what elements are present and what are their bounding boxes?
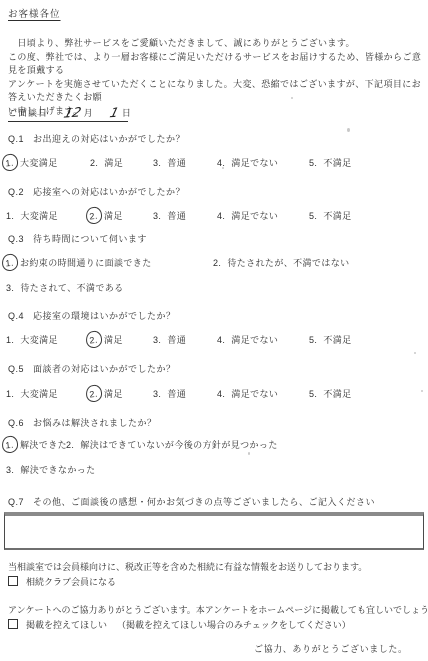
option-label: 満足 — [104, 211, 123, 221]
answer-option[interactable]: 4.満足でない — [217, 209, 309, 222]
answer-option[interactable]: 3.普通 — [153, 209, 217, 222]
join-club-checkbox-label: 相続クラブ会員になる — [26, 577, 116, 587]
option-number: 3. — [153, 158, 161, 168]
option-label: 待たされて、不満である — [20, 283, 123, 293]
question-number: Q.1 — [8, 134, 24, 144]
answer-option[interactable]: 2.満足 — [90, 209, 153, 222]
option-label: 不満足 — [323, 211, 351, 221]
question-number: Q.2 — [8, 187, 24, 197]
question-2-options: 1.大変満足2.満足3.普通4.満足でない5.不満足 — [6, 209, 352, 222]
month-suffix: 月 — [84, 108, 93, 118]
selected-answer-circle: 1. — [1, 153, 19, 172]
decline-publish-checkbox-label: 掲載を控えてほしい — [26, 620, 107, 630]
question-7-heading: Q.7その他、ご面談後の感想・何かお気づきの点等ございましたら、ご記入ください — [8, 495, 375, 508]
option-number: 3. — [6, 465, 14, 475]
option-number: 5. — [309, 211, 317, 221]
option-number: 2. — [213, 258, 221, 268]
intro-line: この度、弊社では、より一層お客様にご満足いただけるサービスをお届けするため、皆様… — [8, 51, 423, 78]
answer-option[interactable]: 3.普通 — [153, 156, 217, 169]
comment-free-text-box[interactable] — [4, 512, 424, 550]
answer-option[interactable]: 1.大変満足 — [6, 156, 90, 169]
option-number: 5. — [309, 389, 317, 399]
selected-answer-circle: 2. — [85, 330, 103, 349]
selected-answer-circle: 1. — [1, 435, 19, 454]
option-label: 満足 — [104, 389, 123, 399]
option-label: 解決できなかった — [20, 465, 95, 475]
answer-option[interactable]: 2.待たされたが、不満ではない — [213, 256, 350, 269]
option-label: 大変満足 — [20, 335, 58, 345]
option-label: 普通 — [167, 335, 186, 345]
question-6-options-row-2: 3.解決できなかった — [6, 463, 96, 476]
option-number: 4. — [217, 335, 225, 345]
option-number: 1. — [6, 211, 14, 221]
option-number: 4. — [217, 389, 225, 399]
option-label: 不満足 — [323, 335, 351, 345]
option-label: 満足でない — [231, 335, 278, 345]
question-number: Q.3 — [8, 234, 24, 244]
question-3-options-row-1: 1.お約束の時間通りに面談できた2.待たされたが、不満ではない — [6, 256, 350, 269]
question-1-heading: Q.1お出迎えの対応はいかがでしたか？ — [8, 132, 185, 145]
selected-answer-circle: 2. — [85, 206, 103, 225]
scan-artifact — [291, 97, 293, 99]
option-label: 普通 — [167, 389, 186, 399]
question-number: Q.4 — [8, 311, 24, 321]
option-number: 3. — [153, 389, 161, 399]
answer-option[interactable]: 4.満足でない — [217, 156, 309, 169]
question-text: 応接室への対応はいかがでしたか？ — [33, 187, 185, 197]
option-label: 普通 — [167, 158, 186, 168]
scan-artifact — [347, 128, 350, 132]
publish-info-text: アンケートへのご協力ありがとうございます。本アンケートをホームページに掲載しても… — [8, 603, 428, 616]
answer-option[interactable]: 1.解決できた — [6, 438, 66, 451]
option-number: 2. — [66, 440, 74, 450]
answer-option[interactable]: 5.不満足 — [309, 333, 352, 346]
option-label: お約束の時間通りに面談できた — [20, 258, 152, 268]
option-number: 1. — [6, 389, 14, 399]
scan-artifact — [414, 352, 416, 354]
scan-artifact — [421, 390, 423, 392]
answer-option[interactable]: 3.普通 — [153, 333, 217, 346]
question-text: 待ち時間について伺います — [33, 234, 147, 244]
selected-answer-circle: 1. — [1, 253, 19, 272]
option-number: 1. — [6, 335, 14, 345]
decline-publish-note: （掲載を控えてほしい場合のみチェックをしてください） — [117, 620, 351, 630]
answer-option[interactable]: 1.大変満足 — [6, 209, 90, 222]
scan-artifact — [248, 452, 250, 455]
club-info-text: 当相談室では会員様向けに、税改正等を含めた相続に有益な情報をお送りしております。 — [8, 560, 367, 573]
closing-text: ご協力、ありがとうございました。 — [254, 642, 408, 655]
option-label: 満足 — [104, 158, 123, 168]
answer-option[interactable]: 5.不満足 — [309, 156, 352, 169]
option-number: 5. — [309, 335, 317, 345]
option-number: 2. — [90, 158, 98, 168]
question-2-heading: Q.2応接室への対応はいかがでしたか？ — [8, 185, 185, 198]
answer-option[interactable]: 2.解決はできていないが今後の方針が見つかった — [66, 438, 278, 451]
option-label: 普通 — [167, 211, 186, 221]
checkbox-icon[interactable] — [8, 576, 18, 586]
option-label: 解決はできていないが今後の方針が見つかった — [80, 440, 277, 450]
question-text: 応接室の環境はいかがでしたか？ — [33, 311, 176, 321]
option-label: 満足でない — [231, 211, 278, 221]
option-label: 満足 — [104, 335, 123, 345]
day-suffix: 日 — [122, 108, 131, 118]
selected-answer-circle: 2. — [85, 384, 103, 403]
option-number: 5. — [309, 158, 317, 168]
option-number: 3. — [153, 211, 161, 221]
option-number: 4. — [217, 211, 225, 221]
option-label: 大変満足 — [20, 158, 58, 168]
answer-option[interactable]: 3.普通 — [153, 387, 217, 400]
answer-option[interactable]: 1.大変満足 — [6, 333, 90, 346]
option-label: 大変満足 — [20, 211, 58, 221]
question-3-options-row-2: 3.待たされて、不満である — [6, 281, 124, 294]
scan-artifact — [222, 167, 224, 169]
option-label: 満足でない — [231, 158, 278, 168]
question-number: Q.5 — [8, 364, 24, 374]
question-1-options: 1.大変満足2.満足3.普通4.満足でない5.不満足 — [6, 156, 352, 169]
interview-date-label: ご面談日 — [8, 108, 48, 118]
question-4-heading: Q.4応接室の環境はいかがでしたか？ — [8, 309, 176, 322]
answer-option[interactable]: 2.満足 — [90, 156, 153, 169]
option-number: 3. — [153, 335, 161, 345]
answer-option[interactable]: 2.満足 — [90, 333, 153, 346]
decline-publish-checkbox-row[interactable]: 掲載を控えてほしい（掲載を控えてほしい場合のみチェックをしてください） — [8, 618, 351, 631]
answer-option[interactable]: 3.待たされて、不満である — [6, 281, 124, 294]
option-label: 不満足 — [323, 158, 351, 168]
intro-line: 日頃より、弊社サービスをご愛顧いただきまして、誠にありがとうございます。 — [8, 37, 423, 51]
question-text: その他、ご面談後の感想・何かお気づきの点等ございましたら、ご記入ください — [33, 497, 375, 507]
answer-option[interactable]: 2.満足 — [90, 387, 153, 400]
questionnaire-page: お客様各位 日頃より、弊社サービスをご愛顧いただきまして、誠にありがとうございま… — [0, 0, 428, 661]
interview-date-line: ご面談日12月1日 — [8, 106, 128, 122]
option-label: 待たされたが、不満ではない — [227, 258, 349, 268]
answer-option[interactable]: 4.満足でない — [217, 387, 309, 400]
handwritten-day-value: 1 — [108, 109, 119, 119]
question-text: お悩みは解決されましたか？ — [33, 418, 157, 428]
answer-option[interactable]: 1.お約束の時間通りに面談できた — [6, 256, 213, 269]
join-club-checkbox-row[interactable]: 相続クラブ会員になる — [8, 575, 116, 588]
question-4-options: 1.大変満足2.満足3.普通4.満足でない5.不満足 — [6, 333, 352, 346]
answer-option[interactable]: 4.満足でない — [217, 333, 309, 346]
question-6-heading: Q.6お悩みは解決されましたか？ — [8, 416, 157, 429]
question-text: 面談者の対応はいかがでしたか？ — [33, 364, 176, 374]
question-text: お出迎えの対応はいかがでしたか？ — [33, 134, 185, 144]
question-number: Q.7 — [8, 497, 24, 507]
option-label: 不満足 — [323, 389, 351, 399]
question-3-heading: Q.3待ち時間について伺います — [8, 232, 147, 245]
handwritten-month-value: 12 — [63, 108, 82, 118]
question-5-heading: Q.5面談者の対応はいかがでしたか？ — [8, 362, 176, 375]
question-5-options: 1.大変満足2.満足3.普通4.満足でない5.不満足 — [6, 387, 352, 400]
option-number: 3. — [6, 283, 14, 293]
question-6-options-row-1: 1.解決できた2.解決はできていないが今後の方針が見つかった — [6, 438, 278, 451]
option-label: 大変満足 — [20, 389, 58, 399]
option-label: 満足でない — [231, 389, 278, 399]
question-number: Q.6 — [8, 418, 24, 428]
answer-option[interactable]: 1.大変満足 — [6, 387, 90, 400]
option-label: 解決できた — [20, 440, 67, 450]
answer-option[interactable]: 5.不満足 — [309, 387, 352, 400]
checkbox-icon[interactable] — [8, 619, 18, 629]
page-title: お客様各位 — [8, 6, 61, 20]
answer-option[interactable]: 3.解決できなかった — [6, 463, 96, 476]
answer-option[interactable]: 5.不満足 — [309, 209, 352, 222]
intro-line: アンケートを実施させていただくことになりました。大変、恐縮ではございますが、下記… — [8, 78, 423, 105]
